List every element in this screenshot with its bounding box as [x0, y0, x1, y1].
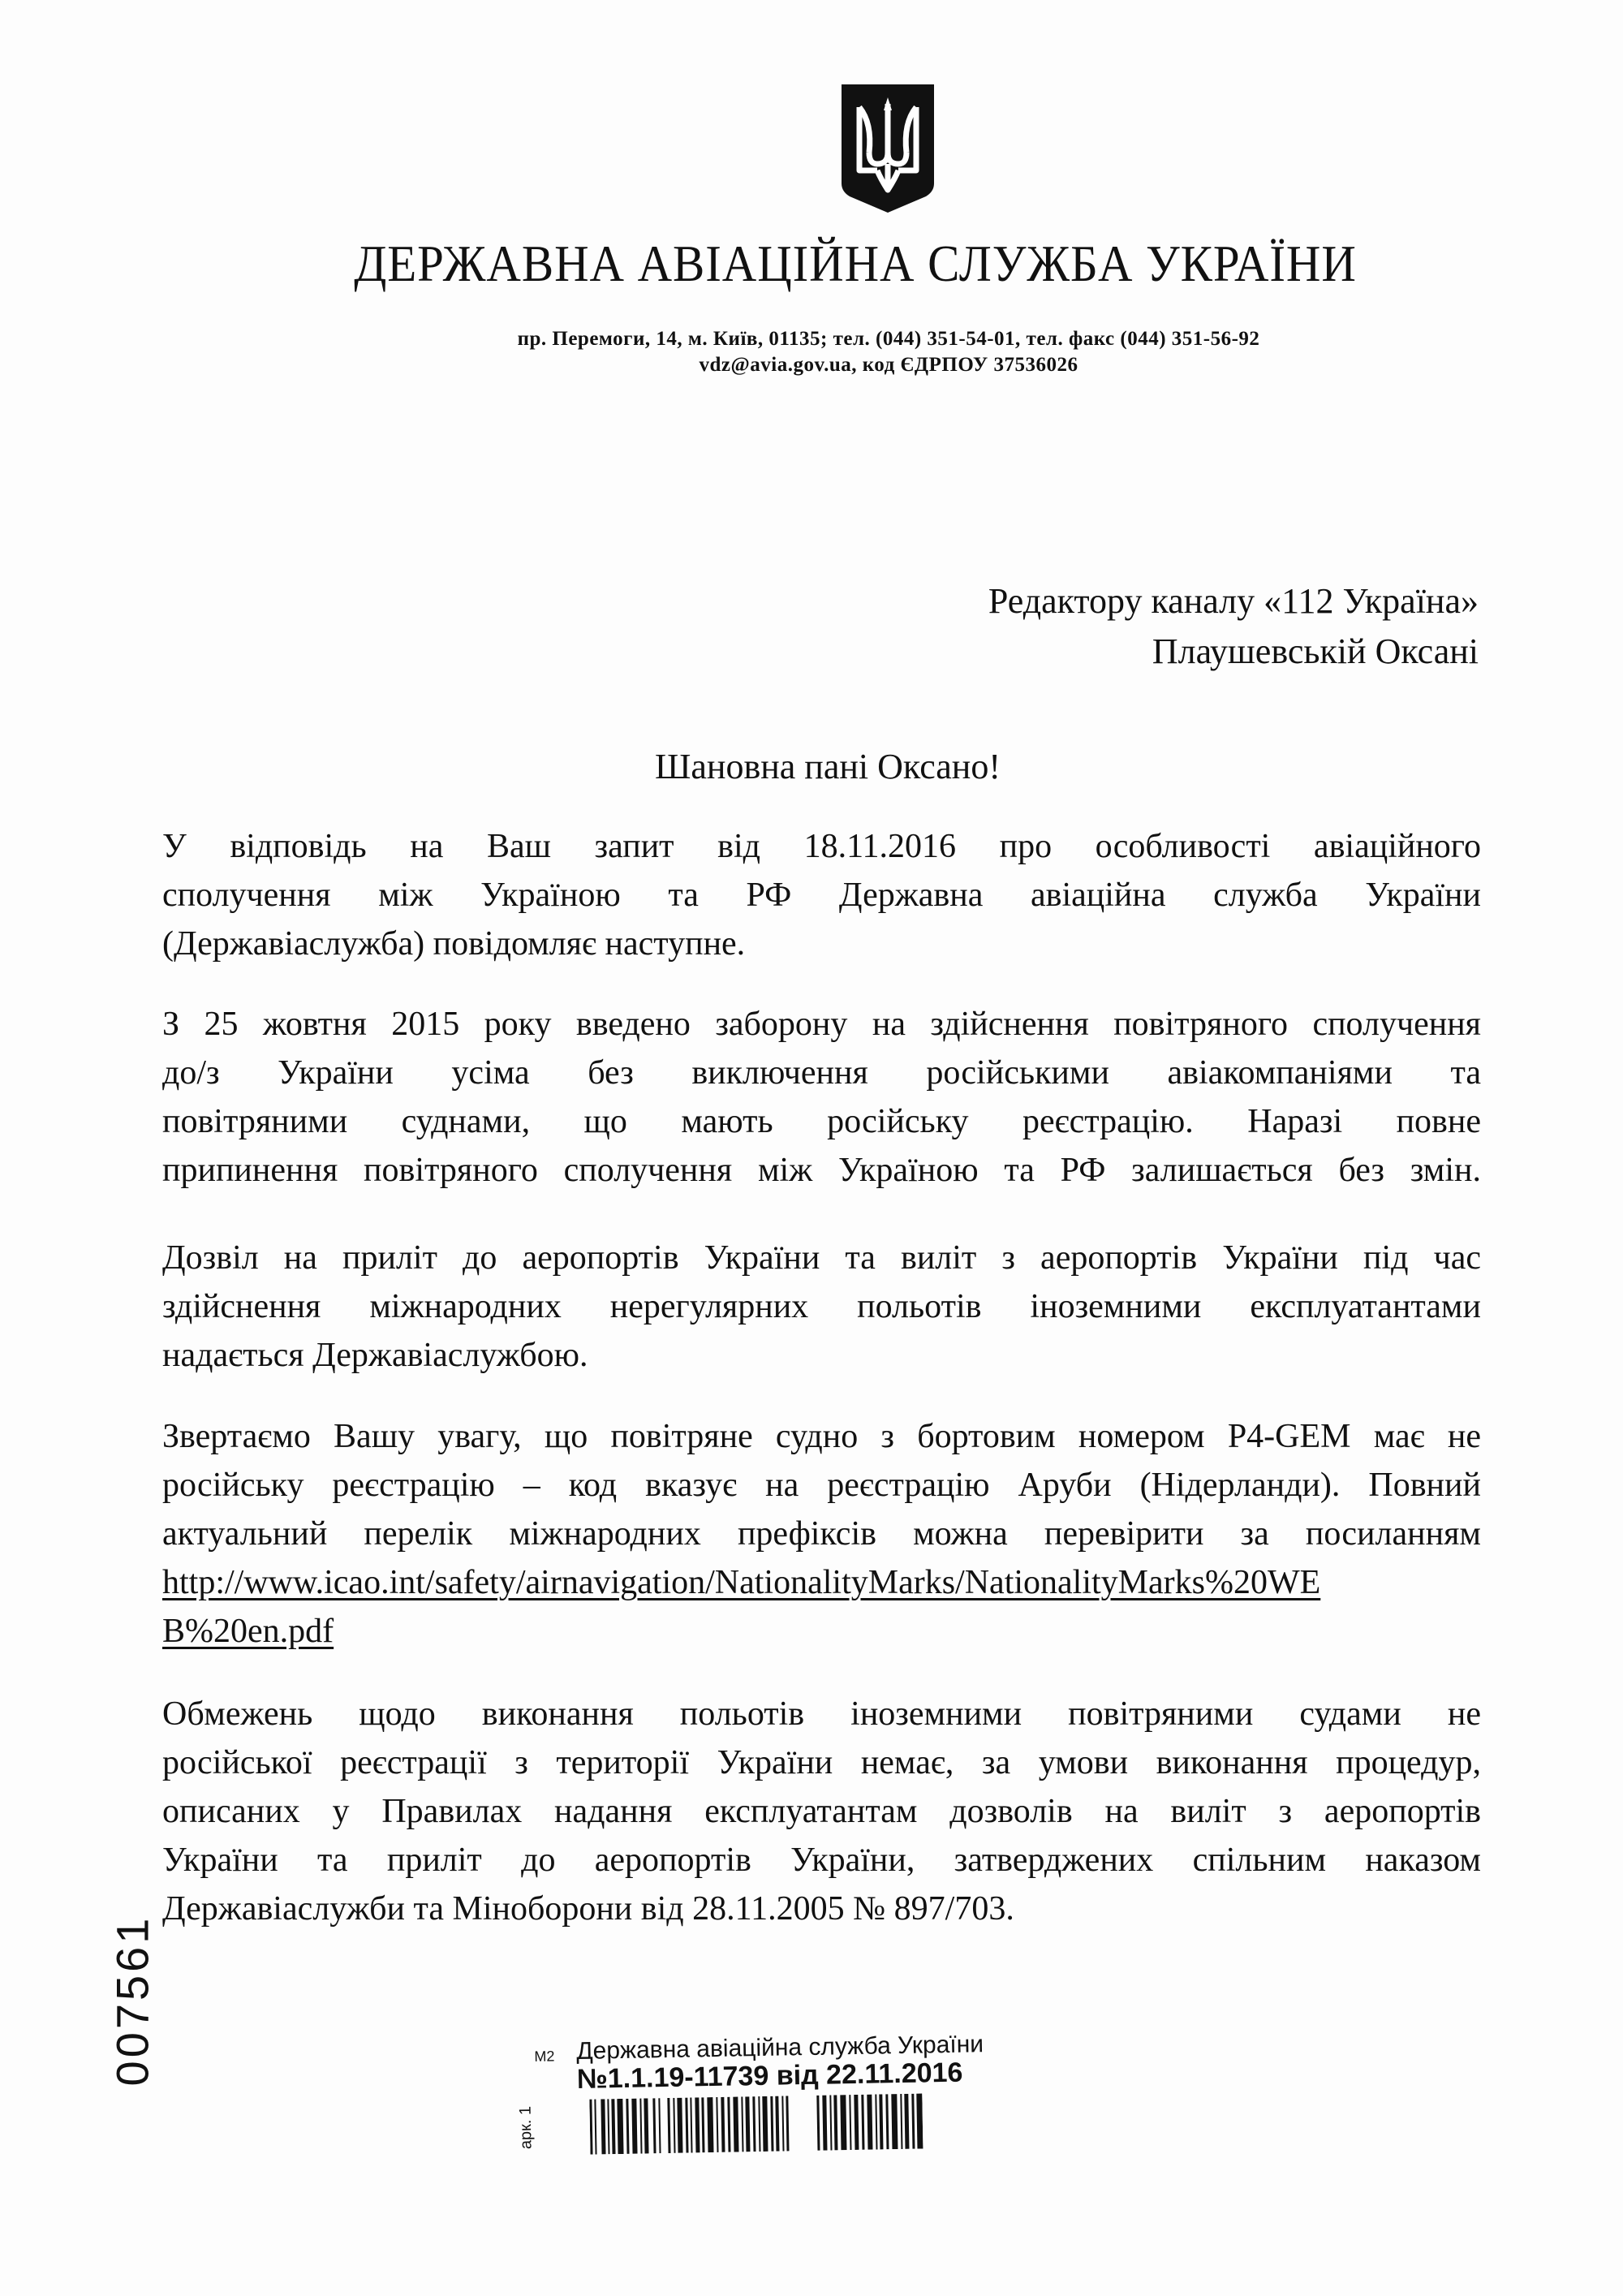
- contacts-address-phone: пр. Перемоги, 14, м. Київ, 01135; тел. (…: [154, 326, 1623, 352]
- text-line: Звертаємо Вашу увагу, що повітряне судно…: [162, 1412, 1481, 1461]
- text-line: З 25 жовтня 2015 року введено заборону н…: [162, 1000, 1481, 1049]
- addressee-name: Плаушевській Оксані: [988, 627, 1479, 677]
- text-line: Державіаслужби та Міноборони від 28.11.2…: [162, 1885, 1481, 1933]
- text-line: надається Державіаслужбою.: [162, 1331, 1481, 1380]
- paragraph-5: Обмежень щодо виконання польотів іноземн…: [162, 1690, 1481, 1933]
- text-line: У відповідь на Ваш запит від 18.11.2016 …: [162, 822, 1481, 871]
- barcode-icon: [589, 2094, 923, 2155]
- paragraph-4: Звертаємо Вашу увагу, що повітряне судно…: [162, 1412, 1481, 1656]
- organization-contacts: пр. Перемоги, 14, м. Київ, 01135; тел. (…: [0, 326, 1623, 378]
- text-line: російську реєстрацію – код вказує на реє…: [162, 1461, 1481, 1510]
- text-line: повітряними суднами, що мають російську …: [162, 1097, 1481, 1146]
- organization-title: ДЕРЖАВНА АВІАЦІЙНА СЛУЖБА УКРАЇНИ: [71, 231, 1565, 296]
- ukraine-coat-of-arms-icon: [840, 83, 936, 214]
- text-line: України та приліт до аеропортів України,…: [162, 1836, 1481, 1885]
- registration-number: 007561: [104, 1891, 161, 2110]
- text-line: http://www.icao.int/safety/airnavigation…: [162, 1558, 1481, 1607]
- text-line: описаних у Правилах надання експлуатанта…: [162, 1787, 1481, 1836]
- text-line: здійснення міжнародних нерегулярних поль…: [162, 1282, 1481, 1331]
- stamp-sheet-count: арк. 1: [517, 2106, 536, 2150]
- salutation: Шановна пані Оксано!: [0, 743, 1623, 791]
- stamp-code: M2: [534, 2048, 554, 2065]
- text-line: до/з України усіма без виключення російс…: [162, 1049, 1481, 1097]
- registration-number-text: 007561: [106, 1915, 159, 2087]
- paragraph-3: Дозвіл на приліт до аеропортів України т…: [162, 1234, 1481, 1380]
- text-line: припинення повітряного сполучення між Ук…: [162, 1146, 1481, 1195]
- letter-page: ДЕРЖАВНА АВІАЦІЙНА СЛУЖБА УКРАЇНИ пр. Пе…: [0, 0, 1623, 2296]
- text-line: Дозвіл на приліт до аеропортів України т…: [162, 1234, 1481, 1282]
- text-line: сполучення між Україною та РФ Державна а…: [162, 871, 1481, 920]
- text-line: (Державіаслужба) повідомляє наступне.: [162, 920, 1481, 968]
- addressee-block: Редактору каналу «112 Україна» Плаушевсь…: [988, 576, 1479, 677]
- text-line: російської реєстрації з території Україн…: [162, 1738, 1481, 1787]
- contacts-email-code: vdz@avia.gov.ua, код ЄДРПОУ 37536026: [154, 352, 1623, 378]
- icao-nationality-marks-link-cont[interactable]: B%20en.pdf: [162, 1613, 334, 1650]
- registration-stamp: M2 Державна авіаційна служба України №1.…: [527, 2030, 968, 2167]
- text-line: актуальний перелік міжнародних префіксів…: [162, 1510, 1481, 1558]
- paragraph-1: У відповідь на Ваш запит від 18.11.2016 …: [162, 822, 1481, 968]
- stamp-document-number: №1.1.19-11739 від 22.11.2016: [577, 2057, 963, 2096]
- icao-nationality-marks-link[interactable]: http://www.icao.int/safety/airnavigation…: [162, 1564, 1320, 1601]
- text-line: B%20en.pdf: [162, 1607, 1481, 1656]
- text-line: Обмежень щодо виконання польотів іноземн…: [162, 1690, 1481, 1738]
- paragraph-2: З 25 жовтня 2015 року введено заборону н…: [162, 1000, 1481, 1195]
- addressee-position: Редактору каналу «112 Україна»: [988, 576, 1479, 627]
